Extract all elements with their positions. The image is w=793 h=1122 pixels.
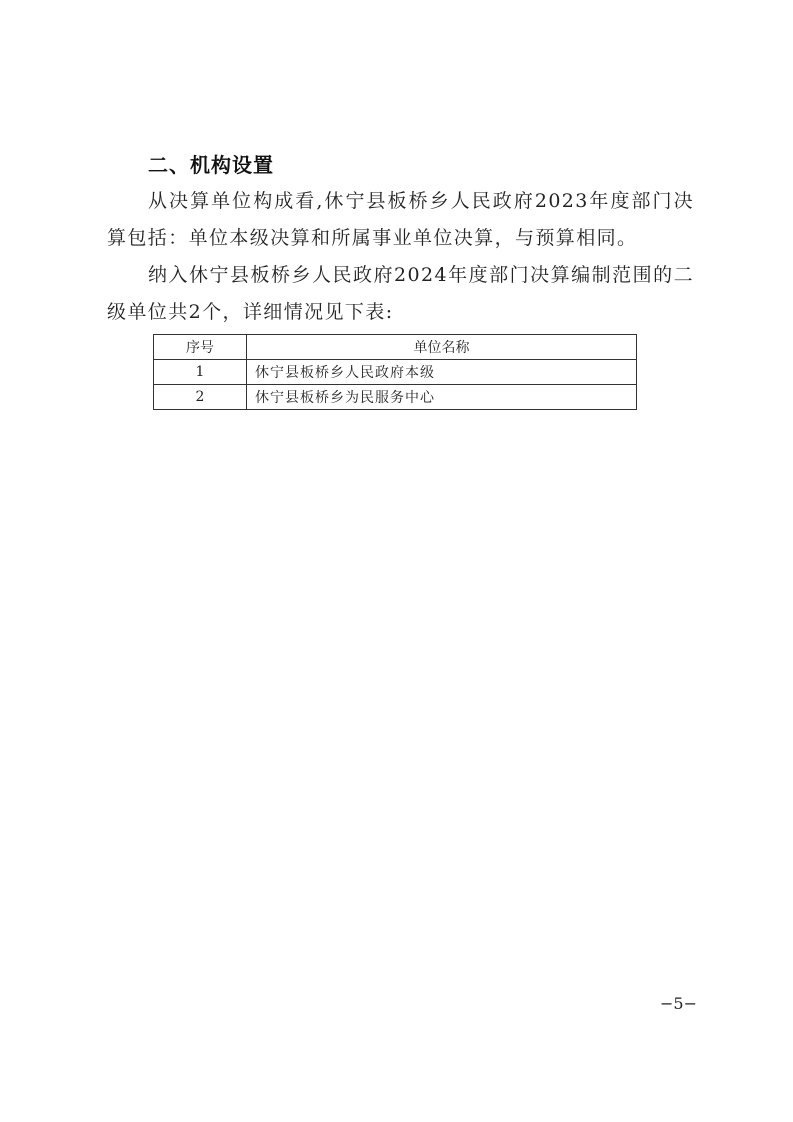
table-row: 2 休宁县板桥乡为民服务中心 [154,385,637,410]
paragraph-scope: 纳入休宁县板桥乡人民政府2024年度部门决算编制范围的二级单位共2个，详细情况见… [107,257,694,331]
column-header-serial: 序号 [154,335,247,360]
section-heading: 二、机构设置 [148,149,274,178]
page-number: −5− [660,994,697,1013]
table-header-row: 序号 单位名称 [154,335,637,360]
units-table: 序号 单位名称 1 休宁县板桥乡人民政府本级 2 休宁县板桥乡为民服务中心 [153,334,637,410]
cell-serial: 1 [154,360,247,385]
paragraph-composition: 从决算单位构成看,休宁县板桥乡人民政府2023年度部门决算包括：单位本级决算和所… [107,183,694,257]
table-row: 1 休宁县板桥乡人民政府本级 [154,360,637,385]
cell-serial: 2 [154,385,247,410]
cell-unit-name: 休宁县板桥乡人民政府本级 [247,360,637,385]
cell-unit-name: 休宁县板桥乡为民服务中心 [247,385,637,410]
column-header-unit-name: 单位名称 [247,335,637,360]
